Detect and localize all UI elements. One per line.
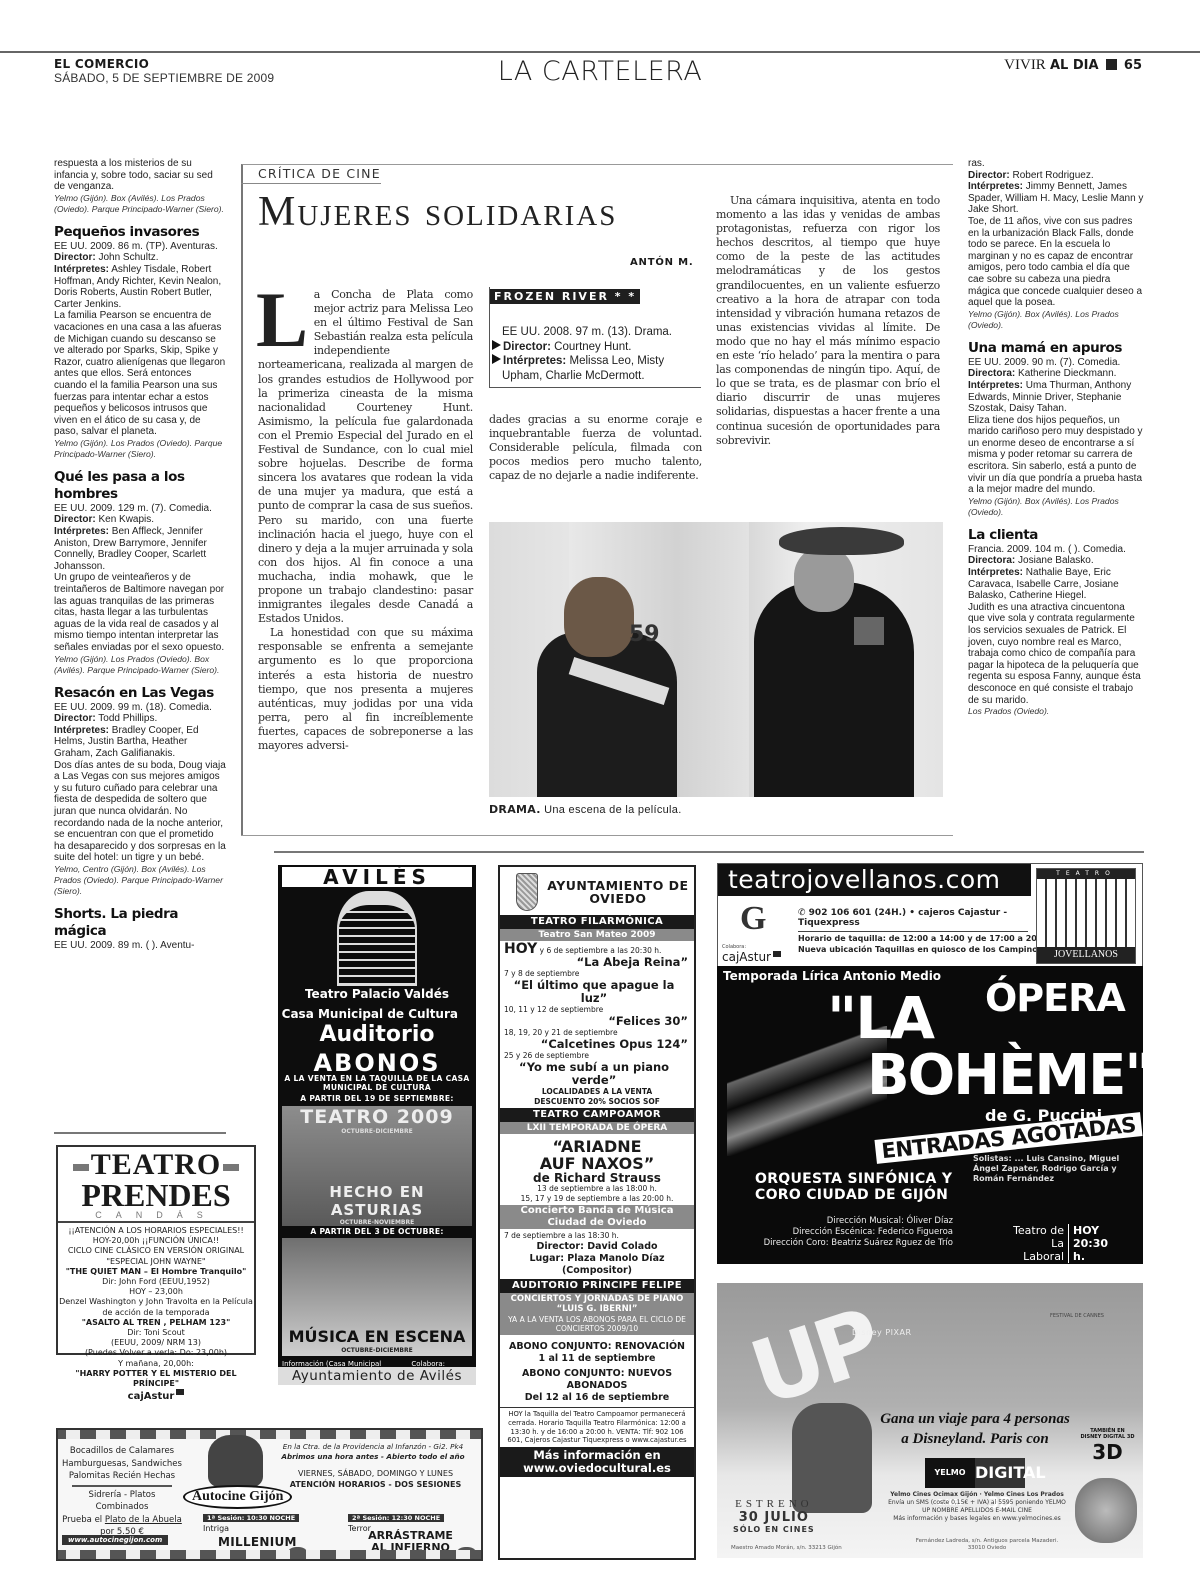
synopsis: La familia Pearson se encuentra de vacac… xyxy=(54,310,226,438)
divider xyxy=(274,851,1144,853)
listing-venues: Yelmo (Gijón). Box (Avilés). Los Prados … xyxy=(968,309,1144,331)
ad-footer: Ayuntamiento de Avilés xyxy=(278,1367,476,1385)
synopsis: Toe, de 11 años, vive con sus padres en … xyxy=(968,216,1144,309)
listing-venues: Yelmo (Gijón). Box (Avilés). Los Prados … xyxy=(54,193,226,215)
listing-venues: Yelmo (Gijón). Los Prados (Oviedo). Parq… xyxy=(54,438,226,460)
film-title: Pequeños invasores xyxy=(54,224,226,241)
ad-url[interactable]: teatrojovellanos.com xyxy=(718,864,1031,896)
review-kicker: CRÍTICA DE CINE xyxy=(258,166,381,181)
movie-title-logo: UP xyxy=(741,1296,887,1420)
cajastur-icon xyxy=(773,951,781,957)
listing-venues: Yelmo, Centro (Gijón). Box (Avilés). Los… xyxy=(54,864,226,897)
ad-teatro-jovellanos[interactable]: teatrojovellanos.com G ✆ 902 106 601 (24… xyxy=(717,863,1143,968)
listing-text: respuesta a los misterios de su infancia… xyxy=(54,158,226,193)
ad-up-movie[interactable]: UP Disney PIXAR FESTIVAL DE CANNES Gana … xyxy=(717,1283,1143,1558)
film-listing: Resacón en Las Vegas EE UU. 2009. 99 m. … xyxy=(54,685,226,897)
film-info: EE UU. 2009. 90 m. (7). Comedia. xyxy=(968,357,1144,369)
masthead-right: VIVIR AL DIA 65 xyxy=(1004,56,1142,74)
review-paragraph: La honestidad con que su máxima responsa… xyxy=(258,626,473,753)
ad-autocine-gijon[interactable]: Bocadillos de Calamares Hamburguesas, Sa… xyxy=(56,1428,483,1561)
director-label: Director: xyxy=(968,170,1010,181)
synopsis: Judith es una atractiva cincuentona que … xyxy=(968,602,1144,706)
ad-footer-link[interactable]: Más información en www.oviedocultural.es xyxy=(500,1447,694,1477)
section-prefix: VIVIR xyxy=(1004,57,1046,73)
review-byline: ANTÓN M. xyxy=(630,257,693,268)
ad-text: ¡¡ATENCIÓN A LOS HORARIOS ESPECIALES!! H… xyxy=(58,1223,254,1402)
ad-url[interactable]: www.autocinegijon.com xyxy=(62,1535,168,1545)
ad-logo: PRENDES xyxy=(58,1180,254,1210)
listing-text: ras. xyxy=(968,158,1144,170)
director-label: Director: xyxy=(54,514,96,525)
director-label: Director: xyxy=(54,713,96,724)
director-label: Directora: xyxy=(968,368,1015,379)
infobox-title: FROZEN RIVER * * xyxy=(490,289,640,304)
trooper-figure xyxy=(754,582,914,797)
caption-text: Una escena de la película. xyxy=(544,804,681,816)
review-paragraph: dades gracias a su enorme coraje e inque… xyxy=(489,413,702,483)
director-label: Director: xyxy=(503,341,551,353)
divider xyxy=(54,1132,226,1134)
hat-icon xyxy=(779,527,904,555)
jovellanos-logo: TEATRO JOVELLANOS xyxy=(1036,868,1136,964)
film-title: La clienta xyxy=(968,527,1144,544)
ad-la-boheme[interactable]: Temporada Lírica Antonio Medio ÓPERA "LA… xyxy=(717,966,1143,1264)
review-bottom-rule xyxy=(241,835,953,836)
mascot-image xyxy=(208,1435,263,1487)
director: Robert Rodriguez. xyxy=(1012,170,1093,181)
director: Todd Phillips. xyxy=(98,713,157,724)
sponsor-logo: cajAstur xyxy=(722,950,771,964)
cast-label: Intérpretes: xyxy=(503,355,566,367)
yelmo-logo: YELMO CINES DIGITAL 3D xyxy=(925,1458,1025,1488)
ga-monogram-icon: G xyxy=(740,900,766,938)
film-info: EE UU. 2009. 89 m. ( ). Aventu- xyxy=(54,940,226,952)
listing-venues: Los Prados (Oviedo). xyxy=(968,706,1144,717)
photo-caption: DRAMA. Una escena de la película. xyxy=(489,803,682,816)
film-strip xyxy=(58,1550,481,1559)
cast-label: Intérpretes: xyxy=(968,181,1023,192)
arrow-right-icon xyxy=(492,354,501,364)
drop-cap: L xyxy=(256,290,308,350)
review-column-1: La Concha de Plata como mejor actriz par… xyxy=(258,288,473,753)
cast-label: Intérpretes: xyxy=(54,526,109,537)
review-paragraph: Una cámara inquisitiva, atenta en todo m… xyxy=(716,194,940,448)
film-info: EE UU. 2009. 86 m. (TP). Aventuras. xyxy=(54,241,226,253)
square-bullet-icon xyxy=(1106,59,1117,70)
listings-right-column: ras. Director: Robert Rodriguez. Intérpr… xyxy=(968,158,1144,717)
theatre-facade-icon xyxy=(337,891,417,986)
film-listing: Shorts. La piedra mágica EE UU. 2009. 89… xyxy=(54,906,226,952)
door-number: 59 xyxy=(629,622,660,647)
cast-label: Intérpretes: xyxy=(54,725,109,736)
director: John Schultz. xyxy=(98,252,158,263)
synopsis: Un grupo de veinteañeros y de treintañer… xyxy=(54,572,226,653)
ad-ayuntamiento-oviedo[interactable]: AYUNTAMIENTO DE OVIEDO TEATRO FILARMÓNIC… xyxy=(498,865,696,1560)
review-headline: Mujeres solidarias xyxy=(258,188,617,236)
film-info: Francia. 2009. 104 m. ( ). Comedia. xyxy=(968,544,1144,556)
director: Courtney Hunt. xyxy=(554,341,631,353)
film-still-photo: 59 xyxy=(489,522,943,797)
ad-aviles[interactable]: AVILÉS Teatro Palacio Valdés Casa Munici… xyxy=(278,865,476,1385)
coat-of-arms-icon xyxy=(516,873,538,911)
film-info: EE UU. 2009. 99 m. (18). Comedia. xyxy=(54,702,226,714)
listings-left-column: respuesta a los misterios de su infancia… xyxy=(54,158,226,952)
musica-panel: MÚSICA EN ESCENA OCTUBRE-DICIEMBRE xyxy=(282,1238,472,1356)
film-infobox: FROZEN RIVER * * EE UU. 2008. 97 m. (13)… xyxy=(489,287,701,388)
character-image xyxy=(792,1403,872,1513)
film-listing: Qué les pasa a los hombres EE UU. 2009. … xyxy=(54,469,226,676)
kicker-rule xyxy=(241,183,381,184)
caption-label: DRAMA. xyxy=(489,803,541,816)
film-strip xyxy=(58,1430,481,1439)
teatro-panel: TEATRO 2009 OCTUBRE-DICIEMBRE HECHO EN A… xyxy=(282,1106,472,1226)
synopsis: Dos días antes de su boda, Doug viaja a … xyxy=(54,760,226,864)
section-name: AL DIA xyxy=(1050,58,1099,73)
director-label: Directora: xyxy=(968,555,1015,566)
director-label: Director: xyxy=(54,252,96,263)
review-column-3: Una cámara inquisitiva, atenta en todo m… xyxy=(716,194,940,448)
synopsis: Eliza tiene dos hijos pequeños, un marid… xyxy=(968,415,1144,496)
film-listing: Pequeños invasores EE UU. 2009. 86 m. (T… xyxy=(54,224,226,460)
cast-label: Intérpretes: xyxy=(968,380,1023,391)
sponsor-logo: cajAstur xyxy=(128,1391,175,1402)
review-column-2: dades gracias a su enorme coraje e inque… xyxy=(489,413,702,483)
cajastur-icon xyxy=(176,1389,184,1395)
infobox-info: EE UU. 2008. 97 m. (13). Drama. xyxy=(502,325,695,340)
film-info: EE UU. 2009. 129 m. (7). Comedia. xyxy=(54,503,226,515)
page-number: 65 xyxy=(1124,58,1142,73)
director: Ken Kwapis. xyxy=(98,514,154,525)
listing-venues: Yelmo (Gijón). Los Prados (Oviedo). Box … xyxy=(54,654,226,676)
ad-logo: AVILÉS xyxy=(282,867,472,887)
film-listing: Una mamá en apuros EE UU. 2009. 90 m. (7… xyxy=(968,340,1144,518)
cast-label: Intérpretes: xyxy=(968,567,1023,578)
ad-teatro-prendes[interactable]: TEATRO PRENDES CANDÁS ¡¡ATENCIÓN A LOS H… xyxy=(56,1145,256,1355)
director: Katherine Dieckmann. xyxy=(1018,368,1116,379)
film-title: Qué les pasa a los hombres xyxy=(54,469,226,503)
snow-globe-image xyxy=(1075,1478,1137,1543)
masthead-rule xyxy=(0,51,1200,53)
film-title: Resacón en Las Vegas xyxy=(54,685,226,702)
film-title: Shorts. La piedra mágica xyxy=(54,906,226,940)
listing-venues: Yelmo (Gijón). Box (Avilés). Los Prados … xyxy=(968,496,1144,518)
film-listing: La clienta Francia. 2009. 104 m. ( ). Co… xyxy=(968,527,1144,717)
cast-label: Intérpretes: xyxy=(54,264,109,275)
film-title: Una mamá en apuros xyxy=(968,340,1144,357)
arrow-right-icon xyxy=(492,340,501,350)
director: Josiane Balasko. xyxy=(1018,555,1094,566)
